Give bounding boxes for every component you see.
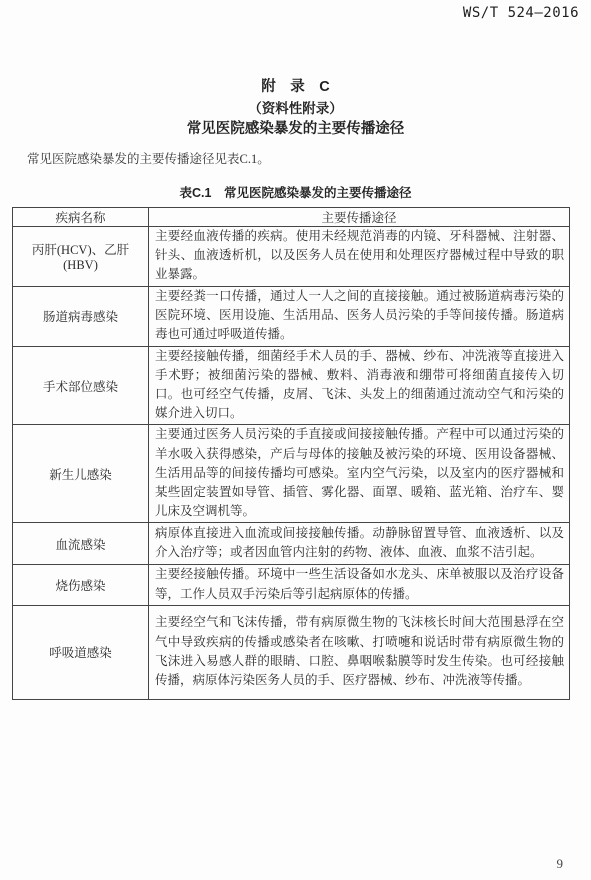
disease-cell: 新生儿感染: [13, 425, 149, 523]
table-row: 丙肝(HCV)、乙肝(HBV) 主要经血液传播的疾病。使用未经规范消毒的内镜、牙…: [13, 227, 570, 287]
route-cell: 主要经粪一口传播，通过人一人之间的直接接触。通过被肠道病毒污染的医院环境、医用设…: [149, 286, 570, 346]
document-page: WS/T 524—2016 附 录 C （资料性附录） 常见医院感染暴发的主要传…: [0, 0, 591, 880]
table-row: 新生儿感染 主要通过医务人员污染的手直接或间接接触传播。产程中可以通过污染的羊水…: [13, 425, 570, 523]
disease-cell: 肠道病毒感染: [13, 286, 149, 346]
disease-cell: 丙肝(HCV)、乙肝(HBV): [13, 227, 149, 287]
appendix-type-note: （资料性附录）: [0, 97, 591, 117]
page-number: 9: [557, 856, 564, 872]
route-cell: 主要经血液传播的疾病。使用未经规范消毒的内镜、牙科器械、注射器、针头、血液透析机…: [149, 227, 570, 287]
route-cell: 病原体直接进入血流或间接接触传播。动静脉留置导管、血液透析、以及介入治疗等；或者…: [149, 523, 570, 565]
table-row: 呼吸道感染 主要经空气和飞沫传播，带有病原微生物的飞沫核长时间大范围悬浮在空气中…: [13, 605, 570, 699]
table-row: 血流感染 病原体直接进入血流或间接接触传播。动静脉留置导管、血液透析、以及介入治…: [13, 523, 570, 565]
column-header-disease: 疾病名称: [13, 208, 149, 227]
disease-cell: 呼吸道感染: [13, 605, 149, 699]
appendix-title: 常见医院感染暴发的主要传播途径: [0, 117, 591, 138]
appendix-label: 附 录 C: [0, 75, 591, 96]
intro-paragraph: 常见医院感染暴发的主要传播途径见表C.1。: [13, 151, 578, 168]
table-row: 肠道病毒感染 主要经粪一口传播，通过人一人之间的直接接触。通过被肠道病毒污染的医…: [13, 286, 570, 346]
table-row: 手术部位感染 主要经接触传播，细菌经手术人员的手、器械、纱布、冲洗液等直接进入手…: [13, 346, 570, 425]
standard-code: WS/T 524—2016: [463, 5, 579, 21]
route-cell: 主要经接触传播。环境中一些生活设备如水龙头、床单被服以及治疗设备等，工作人员双手…: [149, 565, 570, 605]
table-caption: 表C.1 常见医院感染暴发的主要传播途径: [0, 183, 591, 201]
transmission-routes-table: 疾病名称 主要传播途径 丙肝(HCV)、乙肝(HBV) 主要经血液传播的疾病。使…: [12, 207, 570, 700]
table-header-row: 疾病名称 主要传播途径: [13, 208, 570, 227]
route-cell: 主要经空气和飞沫传播，带有病原微生物的飞沫核长时间大范围悬浮在空气中导致疾病的传…: [149, 605, 570, 699]
route-cell: 主要经接触传播，细菌经手术人员的手、器械、纱布、冲洗液等直接进入手术野；被细菌污…: [149, 346, 570, 425]
route-cell: 主要通过医务人员污染的手直接或间接接触传播。产程中可以通过污染的羊水吸入获得感染…: [149, 425, 570, 523]
disease-cell: 血流感染: [13, 523, 149, 565]
disease-cell: 烧伤感染: [13, 565, 149, 605]
column-header-route: 主要传播途径: [149, 208, 570, 227]
disease-cell: 手术部位感染: [13, 346, 149, 425]
table-row: 烧伤感染 主要经接触传播。环境中一些生活设备如水龙头、床单被服以及治疗设备等，工…: [13, 565, 570, 605]
